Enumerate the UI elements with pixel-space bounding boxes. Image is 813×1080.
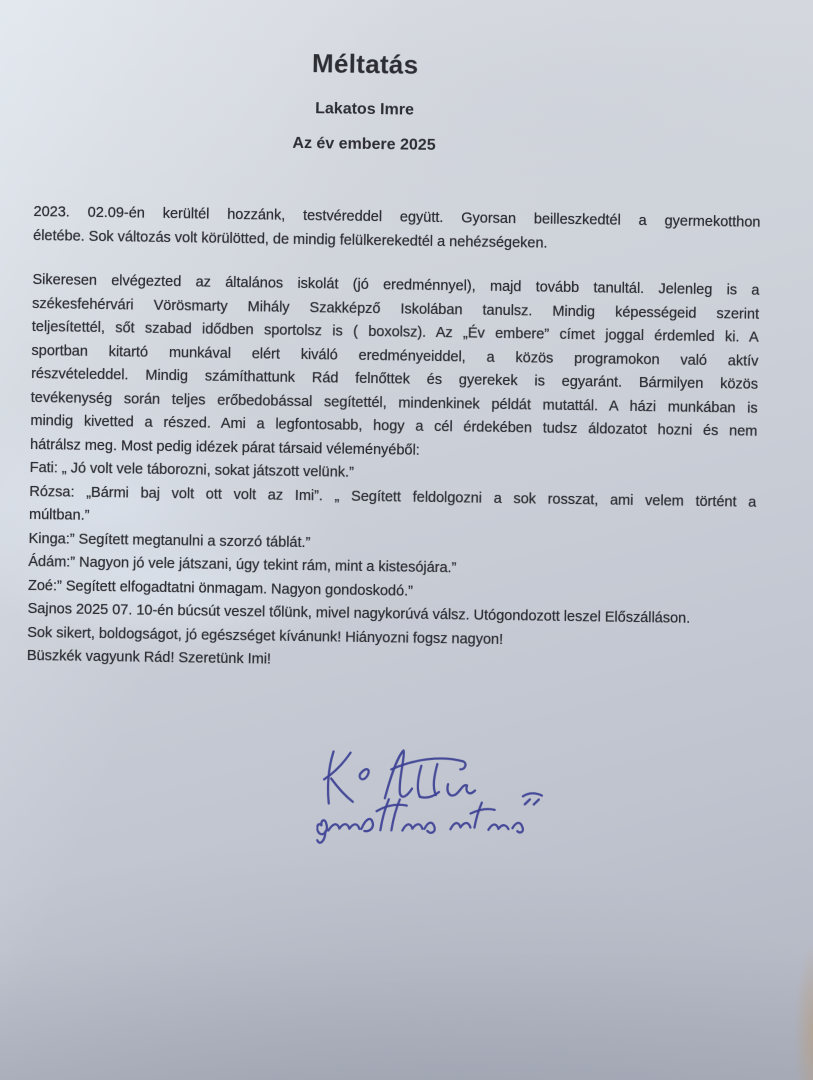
body-text: 2023. 02.09-én kerültél hozzánk, testvér… bbox=[27, 201, 761, 679]
document-paper: Méltatás Lakatos Imre Az év embere 2025 … bbox=[24, 44, 763, 855]
handwritten-signature bbox=[316, 737, 562, 853]
signature-ink-strokes bbox=[316, 737, 562, 853]
photo-corner-edge bbox=[787, 930, 813, 1080]
paragraph: 2023. 02.09-én kerültél hozzánk, testvér… bbox=[33, 201, 761, 259]
document-header: Méltatás Lakatos Imre Az év embere 2025 bbox=[0, 43, 728, 159]
document-award-line: Az év embere 2025 bbox=[0, 130, 727, 159]
document-photo: Méltatás Lakatos Imre Az év embere 2025 … bbox=[0, 0, 813, 1080]
paragraph: Sikeresen elvégezted az általános iskolá… bbox=[30, 269, 760, 468]
document-person-name: Lakatos Imre bbox=[1, 95, 728, 124]
document-title: Méltatás bbox=[2, 43, 729, 85]
